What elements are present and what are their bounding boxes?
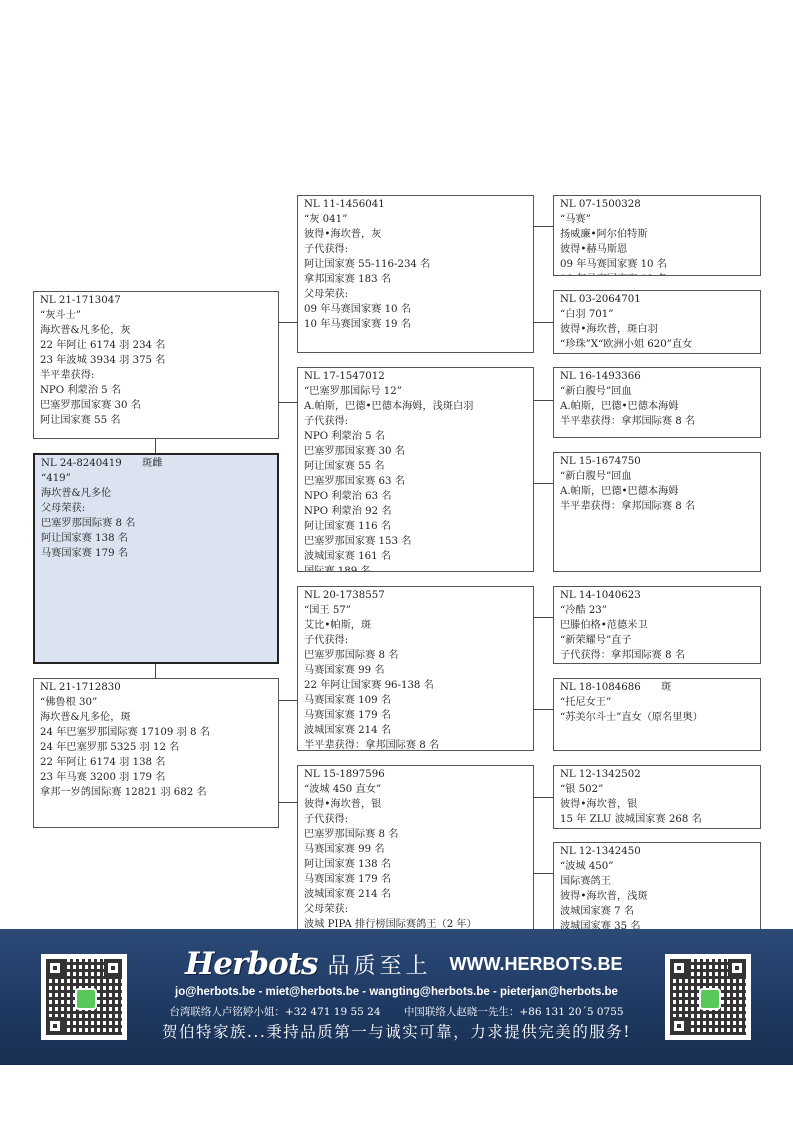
sd-dam-card: NL 15-1674750 “新白腹号”回血 A.帕斯，巴德•巴德本海姆 半平辈…	[553, 452, 761, 572]
result: 波城国家赛 214 名	[304, 887, 527, 902]
result-heading: 半平辈获得:	[40, 368, 272, 383]
connector	[155, 438, 156, 454]
breeder: 彼得•海坎普，银	[304, 797, 527, 812]
connector	[533, 226, 553, 227]
result: 马赛国家赛 109 名	[304, 693, 527, 708]
ring-number: NL 15-1897596	[304, 767, 527, 782]
sd-sire-card: NL 16-1493366 “新白腹号”回血 A.帕斯，巴德•巴德本海姆 半平辈…	[553, 367, 761, 438]
result: 阿让国家赛 55 名	[40, 413, 272, 428]
result: 巴塞罗那国际赛 8 名	[41, 516, 271, 531]
result: 波城国家赛 161 名	[304, 549, 527, 564]
connector	[278, 402, 298, 403]
result: 阿让国家赛 138 名	[41, 531, 271, 546]
connector	[533, 797, 553, 798]
result: 24 年巴塞罗那 5325 羽 12 名	[40, 740, 272, 755]
result: 24 年巴塞罗那国际赛 17109 羽 8 名	[40, 725, 272, 740]
result: NPO 利蒙治 5 名	[40, 383, 272, 398]
connector	[533, 709, 553, 710]
pigeon-name: “白羽 701”	[560, 307, 754, 322]
breeder: 彼得•海坎普，浅斑	[560, 889, 754, 904]
connector	[278, 700, 298, 701]
herbots-logo: Herbots	[185, 946, 317, 982]
parentage: “苏美尔斗士”直女（原名里奥）	[560, 710, 754, 725]
connector	[278, 322, 298, 323]
pigeon-name: “灰斗士”	[40, 308, 272, 323]
website-link[interactable]: WWW.HERBOTS.BE	[450, 954, 623, 975]
result: 马赛国家赛 179 名	[41, 546, 271, 561]
result: 巴塞罗那国家赛 30 名	[304, 444, 527, 459]
sire-sire-card: NL 11-1456041 “灰 041” 彼得•海坎普，灰 子代获得: 阿让国…	[297, 195, 534, 353]
sire-dam-card: NL 17-1547012 “巴塞罗那国际号 12” A.帕斯，巴德•巴德本海姆…	[297, 367, 534, 572]
result: NPO 利蒙治 92 名	[304, 504, 527, 519]
ring-number: NL 20-1738557	[304, 588, 527, 603]
slogan: 品质至上	[327, 949, 431, 980]
wechat-app-icon	[699, 988, 721, 1010]
result: 23 年马赛 3200 羽 179 名	[40, 770, 272, 785]
result: 波城国家赛 214 名	[304, 723, 527, 738]
wechat-qr-code[interactable]	[665, 954, 751, 1040]
ring-number: NL 18-1084686 斑	[560, 680, 754, 695]
ring-number: NL 11-1456041	[304, 197, 527, 212]
breeder: A.帕斯，巴德•巴德本海姆	[560, 399, 754, 414]
result: 22 年阿让 6174 羽 234 名	[40, 338, 272, 353]
brand-row: Herbots 品质至上 WWW.HERBOTS.BE	[185, 944, 623, 984]
sire-card: NL 21-1713047 “灰斗士” 海坎普&凡多伦，灰 22 年阿让 617…	[33, 291, 279, 439]
subject-card: NL 24-8240419 斑雌 “419” 海坎普&凡多伦 父母荣获: 巴塞罗…	[33, 453, 279, 664]
breeder: 海坎普&凡多伦	[41, 486, 271, 501]
ss-dam-card: NL 03-2064701 “白羽 701” 彼得•海坎普，斑白羽 “珍珠”X“…	[553, 290, 761, 354]
ring-number: NL 14-1040623	[560, 588, 754, 603]
result: 巴塞罗那国家赛 63 名	[304, 474, 527, 489]
breeder: 彼得•赫马斯恩	[560, 242, 754, 257]
breeder: 海坎普&凡多伦，灰	[40, 323, 272, 338]
result-heading: 父母荣获:	[41, 501, 271, 516]
ring-number: NL 12-1342502	[560, 767, 754, 782]
breeder: 彼得•海坎普，灰	[304, 227, 527, 242]
dam-sire-card: NL 20-1738557 “国王 57” 艾比•帕斯，斑 子代获得: 巴塞罗那…	[297, 586, 534, 751]
breeder: 彼得•海坎普，斑白羽	[560, 322, 754, 337]
ss-sire-card: NL 07-1500328 “马赛” 扬威廉•阿尔伯特斯 彼得•赫马斯恩 09 …	[553, 195, 761, 276]
ring-number: NL 16-1493366	[560, 369, 754, 384]
ring-number: NL 24-8240419 斑雌	[41, 456, 271, 471]
result-heading: 子代获得:	[304, 242, 527, 257]
ring-number: NL 12-1342450	[560, 844, 754, 859]
ds-sire-card: NL 14-1040623 “冷酷 23” 巴滕伯格•范德米卫 “新荣耀号”直子…	[553, 586, 761, 664]
result: 阿让国家赛 55-116-234 名	[304, 257, 527, 272]
connector	[278, 802, 298, 803]
result: 半平辈获得：拿邦国际赛 8 名	[304, 738, 527, 751]
contact-taiwan: 台湾联络人卢铭婷小姐：+32 471 19 55 24	[169, 1006, 380, 1018]
breeder: A.帕斯，巴德•巴德本海姆，浅斑白羽	[304, 399, 527, 414]
result: 巴塞罗那国际赛 8 名	[304, 648, 527, 663]
result-heading: 父母荣获:	[304, 287, 527, 302]
result: 09 年马赛国家赛 10 名	[304, 302, 527, 317]
result: 10 年马赛国家赛 19 名	[560, 272, 754, 276]
qr-pattern	[670, 959, 746, 1035]
result: 15 年 ZLU 波城国家赛 268 名	[560, 812, 754, 827]
result: 22 年阿让国家赛 96-138 名	[304, 678, 527, 693]
result: 阿让国家赛 116 名	[304, 519, 527, 534]
connector	[155, 663, 156, 679]
breeder: 彼得•海坎普，银	[560, 797, 754, 812]
ring-number: NL 17-1547012	[304, 369, 527, 384]
connector	[533, 322, 553, 323]
connector	[533, 483, 553, 484]
pigeon-name: “巴塞罗那国际号 12”	[304, 384, 527, 399]
result: 09 年马赛国家赛 10 名	[560, 257, 754, 272]
result: 阿让国家赛 55 名	[304, 459, 527, 474]
breeder: 艾比•帕斯，斑	[304, 618, 527, 633]
result: 拿邦一岁鸽国际赛 12821 羽 682 名	[40, 785, 272, 800]
ring-number: NL 21-1712830	[40, 680, 272, 695]
breeder: 扬威廉•阿尔伯特斯	[560, 227, 754, 242]
result: 波城国家赛 7 名	[560, 904, 754, 919]
result: 10 年马赛国家赛 19 名	[304, 317, 527, 332]
pigeon-name: “波城 450”	[560, 859, 754, 874]
pigeon-name: “新白腹号”回血	[560, 384, 754, 399]
result: 马赛国家赛 99 名	[304, 663, 527, 678]
ring-number: NL 15-1674750	[560, 454, 754, 469]
result-heading: 子代获得:	[304, 633, 527, 648]
connector	[533, 617, 553, 618]
pigeon-name: “托尼女王”	[560, 695, 754, 710]
parentage: “珍珠”X“欧洲小姐 620”直女	[560, 337, 754, 352]
pigeon-name: “国王 57”	[304, 603, 527, 618]
connector	[533, 400, 553, 401]
result: 巴塞罗那国家赛 30 名	[40, 398, 272, 413]
pigeon-name: “佛鲁根 30”	[40, 695, 272, 710]
pigeon-name: “马赛”	[560, 212, 754, 227]
breeder: 巴滕伯格•范德米卫	[560, 618, 754, 633]
result: 子代获得：拿邦国际赛 8 名	[560, 648, 754, 663]
result: 国际赛 189 名	[304, 564, 527, 572]
dam-dam-card: NL 15-1897596 “波城 450 直女” 彼得•海坎普，银 子代获得:…	[297, 765, 534, 940]
connector	[533, 873, 553, 874]
result: NPO 利蒙治 5 名	[304, 429, 527, 444]
contact-china: 中国联络人赵晓一先生：+86 131 20´5 0755	[404, 1006, 624, 1018]
result: 马赛国家赛 179 名	[304, 872, 527, 887]
result: 23 年波城 3934 羽 375 名	[40, 353, 272, 368]
result-heading: 子代获得:	[304, 414, 527, 429]
result: 马赛国家赛 179 名	[304, 708, 527, 723]
ds-dam-card: NL 18-1084686 斑 “托尼女王” “苏美尔斗士”直女（原名里奥）	[553, 678, 761, 751]
result: 半平辈获得：拿邦国际赛 8 名	[560, 414, 754, 429]
breeder: 海坎普&凡多伦，斑	[40, 710, 272, 725]
pigeon-name: “灰 041”	[304, 212, 527, 227]
result: 马赛国家赛 99 名	[304, 842, 527, 857]
result: 半平辈获得：拿邦国际赛 8 名	[560, 499, 754, 514]
result: 拿邦国家赛 183 名	[304, 272, 527, 287]
pigeon-name: “新白腹号”回血	[560, 469, 754, 484]
result: NPO 利蒙治 63 名	[304, 489, 527, 504]
ring-number: NL 07-1500328	[560, 197, 754, 212]
title: 国际赛鸽王	[560, 874, 754, 889]
dd-sire-card: NL 12-1342502 “银 502” 彼得•海坎普，银 15 年 ZLU …	[553, 765, 761, 829]
pigeon-name: “波城 450 直女”	[304, 782, 527, 797]
ring-number: NL 21-1713047	[40, 293, 272, 308]
pigeon-name: “银 502”	[560, 782, 754, 797]
pigeon-name: “419”	[41, 471, 271, 486]
pigeon-name: “冷酷 23”	[560, 603, 754, 618]
footer-banner: Herbots 品质至上 WWW.HERBOTS.BE jo@herbots.b…	[0, 929, 793, 1065]
parentage: “新荣耀号”直子	[560, 633, 754, 648]
ring-number: NL 03-2064701	[560, 292, 754, 307]
dd-dam-card: NL 12-1342450 “波城 450” 国际赛鸽王 彼得•海坎普，浅斑 波…	[553, 842, 761, 940]
breeder: A.帕斯，巴德•巴德本海姆	[560, 484, 754, 499]
result-heading: 父母荣获:	[304, 902, 527, 917]
result-heading: 子代获得:	[304, 812, 527, 827]
result: 巴塞罗那国家赛 153 名	[304, 534, 527, 549]
result: 巴塞罗那国际赛 8 名	[304, 827, 527, 842]
result: 阿让国家赛 138 名	[304, 857, 527, 872]
result: 22 年阿让 6174 羽 138 名	[40, 755, 272, 770]
dam-card: NL 21-1712830 “佛鲁根 30” 海坎普&凡多伦，斑 24 年巴塞罗…	[33, 678, 279, 828]
